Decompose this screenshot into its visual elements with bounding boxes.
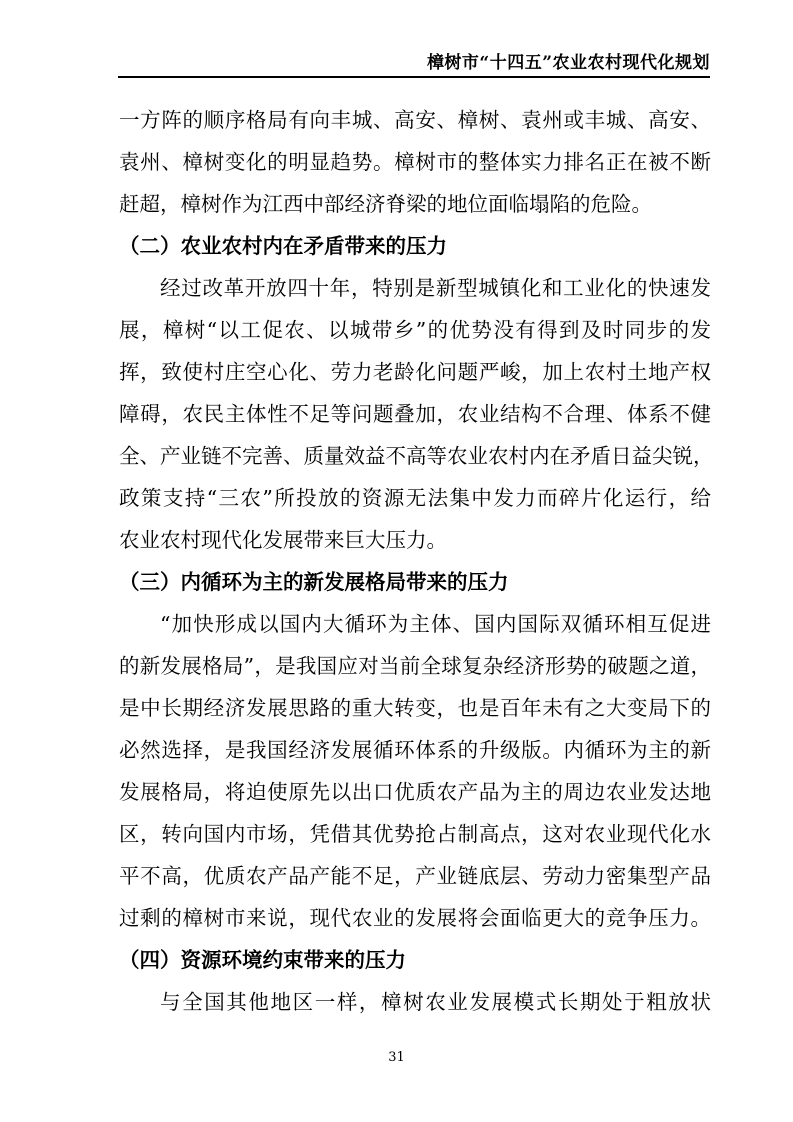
text-line: 一方阵的顺序格局有向丰城、高安、樟树、袁州或丰城、高安、 [119,99,711,141]
text-line: 全、产业链不完善、质量效益不高等农业农村内在矛盾日益尖锐， [119,435,711,477]
section-heading: （二）农业农村内在矛盾带来的压力 [119,225,711,267]
section-heading: （四）资源环境约束带来的压力 [119,939,711,981]
text-line: 是中长期经济发展思路的重大转变，也是百年未有之大变局下的 [119,687,711,729]
text-line: 障碍，农民主体性不足等问题叠加，农业结构不合理、体系不健 [119,393,711,435]
text-line: 挥，致使村庄空心化、劳力老龄化问题严峻，加上农村土地产权 [119,351,711,393]
text-line: 农业农村现代化发展带来巨大压力。 [119,519,711,561]
text-line: 赶超，樟树作为江西中部经济脊梁的地位面临塌陷的危险。 [119,183,711,225]
text-line: 袁州、樟树变化的明显趋势。樟树市的整体实力排名正在被不断 [119,141,711,183]
text-line: 政策支持“三农”所投放的资源无法集中发力而碎片化运行，给 [119,477,711,519]
text-line: “加快形成以国内大循环为主体、国内国际双循环相互促进 [119,603,711,645]
document-page: 樟树市“十四五”农业农村现代化规划 一方阵的顺序格局有向丰城、高安、樟树、袁州或… [0,0,793,1122]
section-heading: （三）内循环为主的新发展格局带来的压力 [119,561,711,603]
text-line: 展，樟树“以工促农、以城带乡”的优势没有得到及时同步的发 [119,309,711,351]
text-line: 的新发展格局”，是我国应对当前全球复杂经济形势的破题之道， [119,645,711,687]
text-line: 经过改革开放四十年，特别是新型城镇化和工业化的快速发 [119,267,711,309]
paragraph: “加快形成以国内大循环为主体、国内国际双循环相互促进的新发展格局”，是我国应对当… [119,603,711,939]
section-heading-text: （二）农业农村内在矛盾带来的压力 [119,225,711,267]
text-line: 必然选择，是我国经济发展循环体系的升级版。内循环为主的新 [119,729,711,771]
page-number: 31 [0,1050,793,1065]
text-line: 发展格局，将迫使原先以出口优质农产品为主的周边农业发达地 [119,771,711,813]
text-line: 过剩的樟树市来说，现代农业的发展将会面临更大的竞争压力。 [119,897,711,939]
section-heading-text: （四）资源环境约束带来的压力 [119,939,711,981]
paragraph: 经过改革开放四十年，特别是新型城镇化和工业化的快速发展，樟树“以工促农、以城带乡… [119,267,711,561]
text-line: 区，转向国内市场，凭借其优势抢占制高点，这对农业现代化水 [119,813,711,855]
section-heading-text: （三）内循环为主的新发展格局带来的压力 [119,561,711,603]
text-line: 平不高，优质农产品产能不足，产业链底层、劳动力密集型产品 [119,855,711,897]
page-header-title: 樟树市“十四五”农业农村现代化规划 [118,48,710,73]
paragraph: 一方阵的顺序格局有向丰城、高安、樟树、袁州或丰城、高安、袁州、樟树变化的明显趋势… [119,99,711,225]
header-rule [118,76,710,78]
document-body: 一方阵的顺序格局有向丰城、高安、樟树、袁州或丰城、高安、袁州、樟树变化的明显趋势… [119,99,711,1023]
paragraph: 与全国其他地区一样，樟树农业发展模式长期处于粗放状 [119,981,711,1023]
text-line: 与全国其他地区一样，樟树农业发展模式长期处于粗放状 [119,981,711,1023]
